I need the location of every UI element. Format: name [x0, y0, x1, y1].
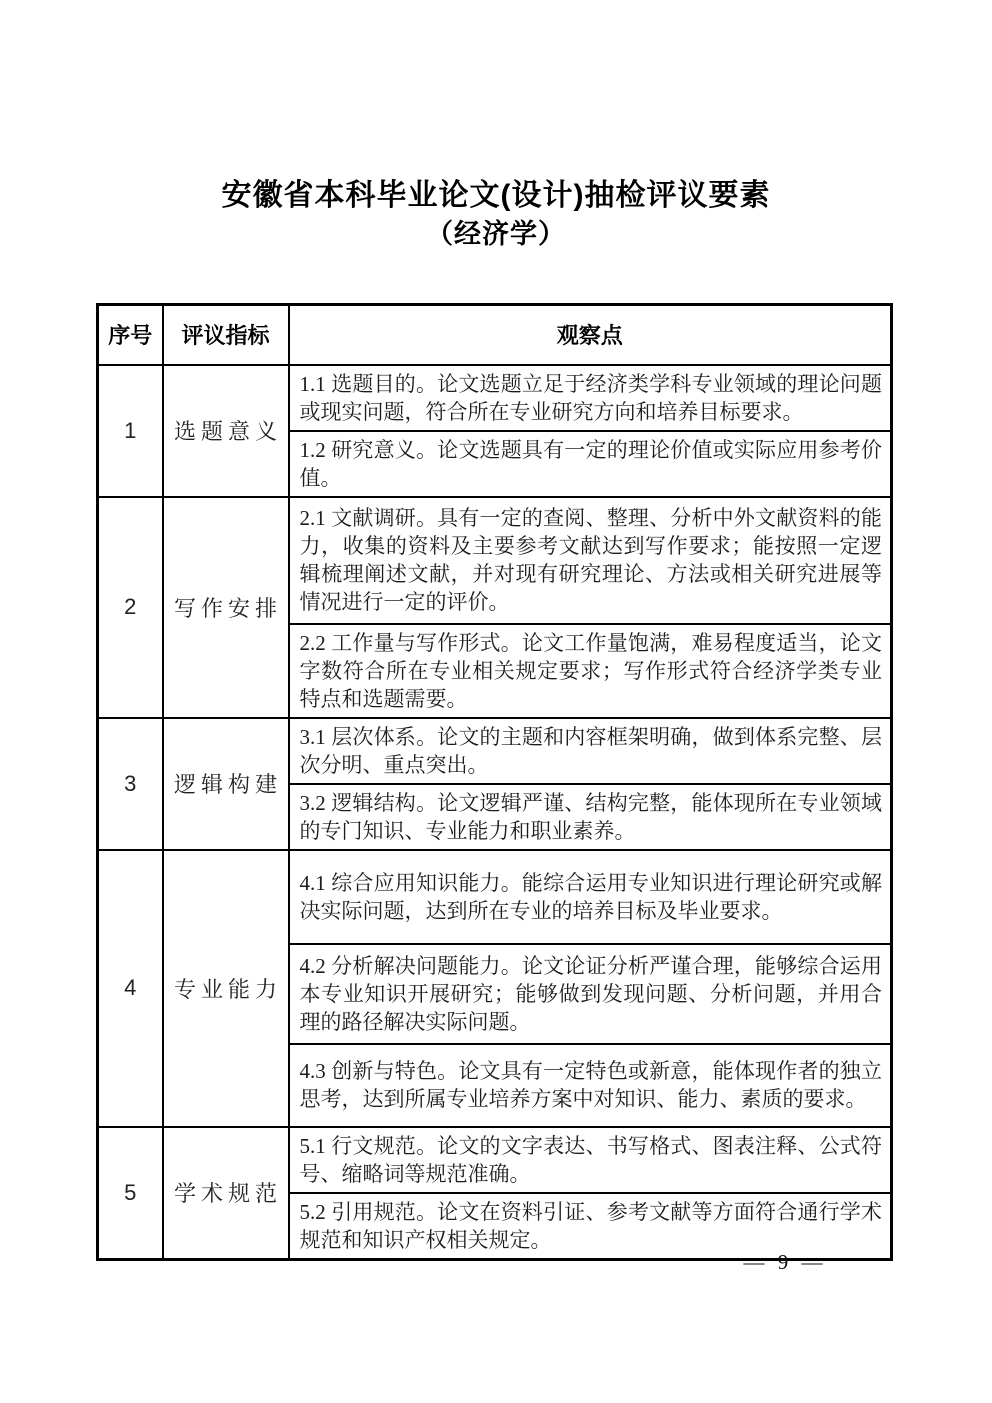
observation-point: 1.1 选题目的。论文选题立足于经济类学科专业领域的理论问题或现实问题，符合所在… — [289, 365, 892, 431]
document-page: 安徽省本科毕业论文(设计)抽检评议要素 （经济学） 序号 评议指标 观察点 1 … — [0, 0, 992, 1403]
observation-point: 1.2 研究意义。论文选题具有一定的理论价值或实际应用参考价值。 — [289, 431, 892, 497]
table-row: 1 选题意义 1.1 选题目的。论文选题立足于经济类学科专业领域的理论问题或现实… — [98, 365, 892, 431]
document-title: 安徽省本科毕业论文(设计)抽检评议要素 — [0, 170, 992, 214]
table-row: 5 学术规范 5.1 行文规范。论文的文字表达、书写格式、图表注释、公式符号、缩… — [98, 1127, 892, 1193]
observation-point: 4.2 分析解决问题能力。论文论证分析严谨合理，能够综合运用本专业知识开展研究；… — [289, 944, 892, 1044]
row-number: 4 — [98, 850, 163, 1127]
row-number: 2 — [98, 497, 163, 718]
observation-point: 2.2 工作量与写作形式。论文工作量饱满，难易程度适当，论文字数符合所在专业相关… — [289, 624, 892, 718]
row-number: 3 — [98, 718, 163, 850]
document-subtitle: （经济学） — [0, 212, 992, 251]
column-header-no: 序号 — [98, 305, 163, 365]
table-row: 3 逻辑构建 3.1 层次体系。论文的主题和内容框架明确，做到体系完整、层次分明… — [98, 718, 892, 784]
indicator-label: 逻辑构建 — [163, 718, 289, 850]
observation-point: 2.1 文献调研。具有一定的查阅、整理、分析中外文献资料的能力，收集的资料及主要… — [289, 497, 892, 624]
observation-point: 3.2 逻辑结构。论文逻辑严谨、结构完整，能体现所在专业领域的专门知识、专业能力… — [289, 784, 892, 850]
table-row: 4 专业能力 4.1 综合应用知识能力。能综合运用专业知识进行理论研究或解决实际… — [98, 850, 892, 944]
row-number: 1 — [98, 365, 163, 497]
indicator-label: 选题意义 — [163, 365, 289, 497]
observation-point: 5.1 行文规范。论文的文字表达、书写格式、图表注释、公式符号、缩略词等规范准确… — [289, 1127, 892, 1193]
indicator-label: 专业能力 — [163, 850, 289, 1127]
observation-point: 4.1 综合应用知识能力。能综合运用专业知识进行理论研究或解决实际问题，达到所在… — [289, 850, 892, 944]
observation-point: 4.3 创新与特色。论文具有一定特色或新意，能体现作者的独立思考，达到所属专业培… — [289, 1044, 892, 1127]
observation-point: 3.1 层次体系。论文的主题和内容框架明确，做到体系完整、层次分明、重点突出。 — [289, 718, 892, 784]
indicator-label: 写作安排 — [163, 497, 289, 718]
column-header-observation: 观察点 — [289, 305, 892, 365]
indicator-label: 学术规范 — [163, 1127, 289, 1260]
review-elements-table: 序号 评议指标 观察点 1 选题意义 1.1 选题目的。论文选题立足于经济类学科… — [96, 303, 893, 1261]
table-header-row: 序号 评议指标 观察点 — [98, 305, 892, 365]
page-number: — 9 — — [720, 1250, 850, 1275]
table-row: 2 写作安排 2.1 文献调研。具有一定的查阅、整理、分析中外文献资料的能力，收… — [98, 497, 892, 624]
column-header-indicator: 评议指标 — [163, 305, 289, 365]
row-number: 5 — [98, 1127, 163, 1260]
